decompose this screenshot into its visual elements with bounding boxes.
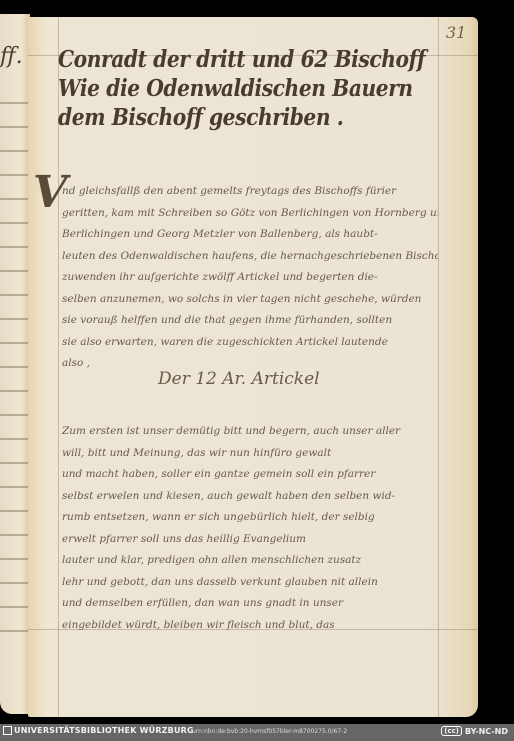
text-line: sie vorauß helffen und die that gegen ih… (62, 310, 438, 332)
text-line: und demselben erfüllen, dan wan uns gnad… (62, 593, 438, 615)
urn-identifier: urn:nbn:de:bvb:20-hvmsf057bler-m8700275.… (192, 728, 347, 735)
footer-bar: UNIVERSITÄTSBIBLIOTHEK WÜRZBURG urn:nbn:… (0, 724, 514, 741)
image-viewer: ff. 31 Conradt der dritt und 62 Bischoff… (0, 0, 514, 724)
text-line: will, bitt und Meinung, das wir nun hinf… (62, 443, 438, 465)
text-line: sie also erwarten, waren die zugeschickt… (62, 332, 438, 354)
text-line: selbst erwelen und kiesen, auch gewalt h… (62, 486, 438, 508)
left-page-fragment: ff. (0, 44, 23, 69)
text-line: leuten des Odenwaldischen haufens, die h… (62, 246, 438, 268)
section-title: Der 12 Ar. Artickel (158, 369, 320, 389)
institution-logo[interactable]: UNIVERSITÄTSBIBLIOTHEK WÜRZBURG (3, 726, 194, 735)
article-text: Zum ersten ist unser demütig bitt und be… (62, 421, 438, 636)
creative-commons-icon: (cc) (441, 726, 462, 736)
left-page-edge: ff. (0, 14, 30, 714)
text-line: zuwenden ihr aufgerichte zwölff Artickel… (62, 267, 438, 289)
text-line: lehr und gebott, dan uns dasselb verkunt… (62, 572, 438, 594)
manuscript-page: 31 Conradt der dritt und 62 Bischoff Wie… (28, 17, 478, 717)
text-line: eingebildet würdt, bleiben wir fleisch u… (62, 615, 438, 637)
chapter-heading: Conradt der dritt und 62 Bischoff Wie di… (58, 45, 458, 132)
heading-line: Conradt der dritt und 62 Bischoff (58, 45, 410, 74)
license-badge[interactable]: (cc) BY-NC-ND (441, 726, 508, 736)
text-line: geritten, kam mit Schreiben so Götz von … (62, 203, 438, 225)
institution-name: UNIVERSITÄTSBIBLIOTHEK WÜRZBURG (14, 726, 194, 735)
text-line: Zum ersten ist unser demütig bitt und be… (62, 421, 438, 443)
text-line: erwelt pfarrer soll uns das heillig Evan… (62, 529, 438, 551)
heading-line: Wie die Odenwaldischen Bauern (58, 74, 410, 103)
text-line: selben anzunemen, wo solchs in vier tage… (62, 289, 438, 311)
license-label: BY-NC-ND (465, 727, 508, 736)
text-line: Berlichingen und Georg Metzler von Balle… (62, 224, 438, 246)
text-line: nd gleichsfallß den abent gemelts freyta… (62, 181, 438, 203)
library-logo-icon (3, 726, 12, 735)
left-page-handwriting (0, 84, 28, 644)
paragraph: nd gleichsfallß den abent gemelts freyta… (62, 181, 438, 375)
folio-number: 31 (446, 23, 466, 42)
text-line: rumb entsetzen, wann er sich ungebürlich… (62, 507, 438, 529)
text-line: und macht haben, soller ein gantze gemei… (62, 464, 438, 486)
text-line: lauter und klar, predigen ohn allen mens… (62, 550, 438, 572)
heading-line: dem Bischoff geschriben . (58, 103, 410, 132)
